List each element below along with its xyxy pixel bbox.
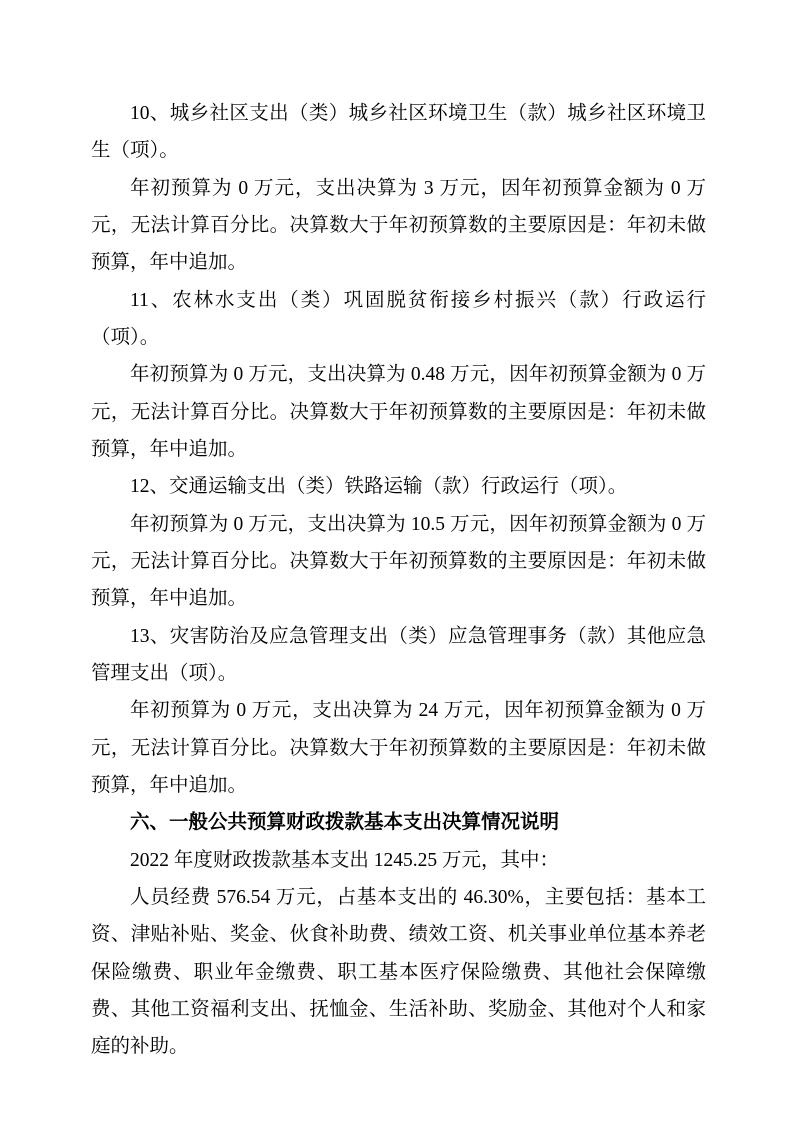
paragraph-item-10-detail: 年初预算为 0 万元，支出决算为 3 万元，因年初预算金额为 0 万元，无法计算… (91, 170, 706, 282)
paragraph-item-11-detail: 年初预算为 0 万元，支出决算为 0.48 万元，因年初预算金额为 0 万元，无… (91, 356, 706, 468)
paragraph-basic-expenditure-total: 2022 年度财政拨款基本支出 1245.25 万元，其中： (91, 842, 706, 879)
paragraph-item-12-title: 12、交通运输支出（类）铁路运输（款）行政运行（项）。 (91, 468, 706, 505)
section-6-heading: 六、一般公共预算财政拨款基本支出决算情况说明 (91, 804, 706, 841)
paragraph-item-12-detail: 年初预算为 0 万元，支出决算为 10.5 万元，因年初预算金额为 0 万元，无… (91, 506, 706, 618)
document-page: 10、城乡社区支出（类）城乡社区环境卫生（款）城乡社区环境卫生（项）。 年初预算… (0, 0, 793, 1122)
paragraph-item-11-title: 11、农林水支出（类）巩固脱贫衔接乡村振兴（款）行政运行（项）。 (91, 282, 706, 357)
paragraph-item-10-title: 10、城乡社区支出（类）城乡社区环境卫生（款）城乡社区环境卫生（项）。 (91, 95, 706, 170)
paragraph-personnel-expenses: 人员经费 576.54 万元，占基本支出的 46.30%，主要包括：基本工资、津… (91, 879, 706, 1066)
paragraph-item-13-title: 13、灾害防治及应急管理支出（类）应急管理事务（款）其他应急管理支出（项）。 (91, 618, 706, 693)
paragraph-item-13-detail: 年初预算为 0 万元，支出决算为 24 万元，因年初预算金额为 0 万元，无法计… (91, 692, 706, 804)
